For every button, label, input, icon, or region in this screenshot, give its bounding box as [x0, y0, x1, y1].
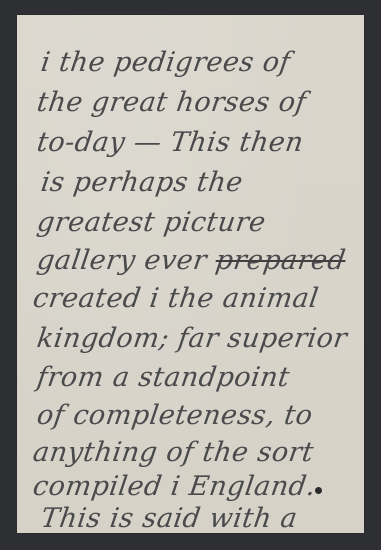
- handwritten-line-4: is perhaps the: [39, 167, 245, 198]
- handwritten-line-11: anything of the sort: [31, 437, 316, 468]
- handwritten-line-6: gallery ever prepared: [35, 245, 348, 276]
- handwritten-line-10: of completeness, to: [35, 400, 315, 431]
- handwritten-line-2: the great horses of: [35, 87, 308, 118]
- letter-page: i the pedigrees of the great horses of t…: [17, 15, 364, 533]
- handwritten-line-5: greatest picture: [35, 207, 268, 238]
- ink-blot: [315, 487, 322, 494]
- handwritten-line-12: compiled i England.: [31, 471, 318, 502]
- handwritten-line-7: created i the animal: [31, 283, 321, 314]
- line-6-text: gallery ever: [35, 245, 218, 276]
- handwritten-line-1: i the pedigrees of: [39, 47, 292, 78]
- handwritten-line-8: kingdom; far superior: [35, 323, 349, 354]
- struck-through-word: prepared: [214, 245, 348, 276]
- handwritten-line-3: to-day — This then: [35, 127, 305, 158]
- handwritten-line-13: This is said with a: [39, 503, 300, 534]
- handwritten-line-9: from a standpoint: [35, 362, 292, 393]
